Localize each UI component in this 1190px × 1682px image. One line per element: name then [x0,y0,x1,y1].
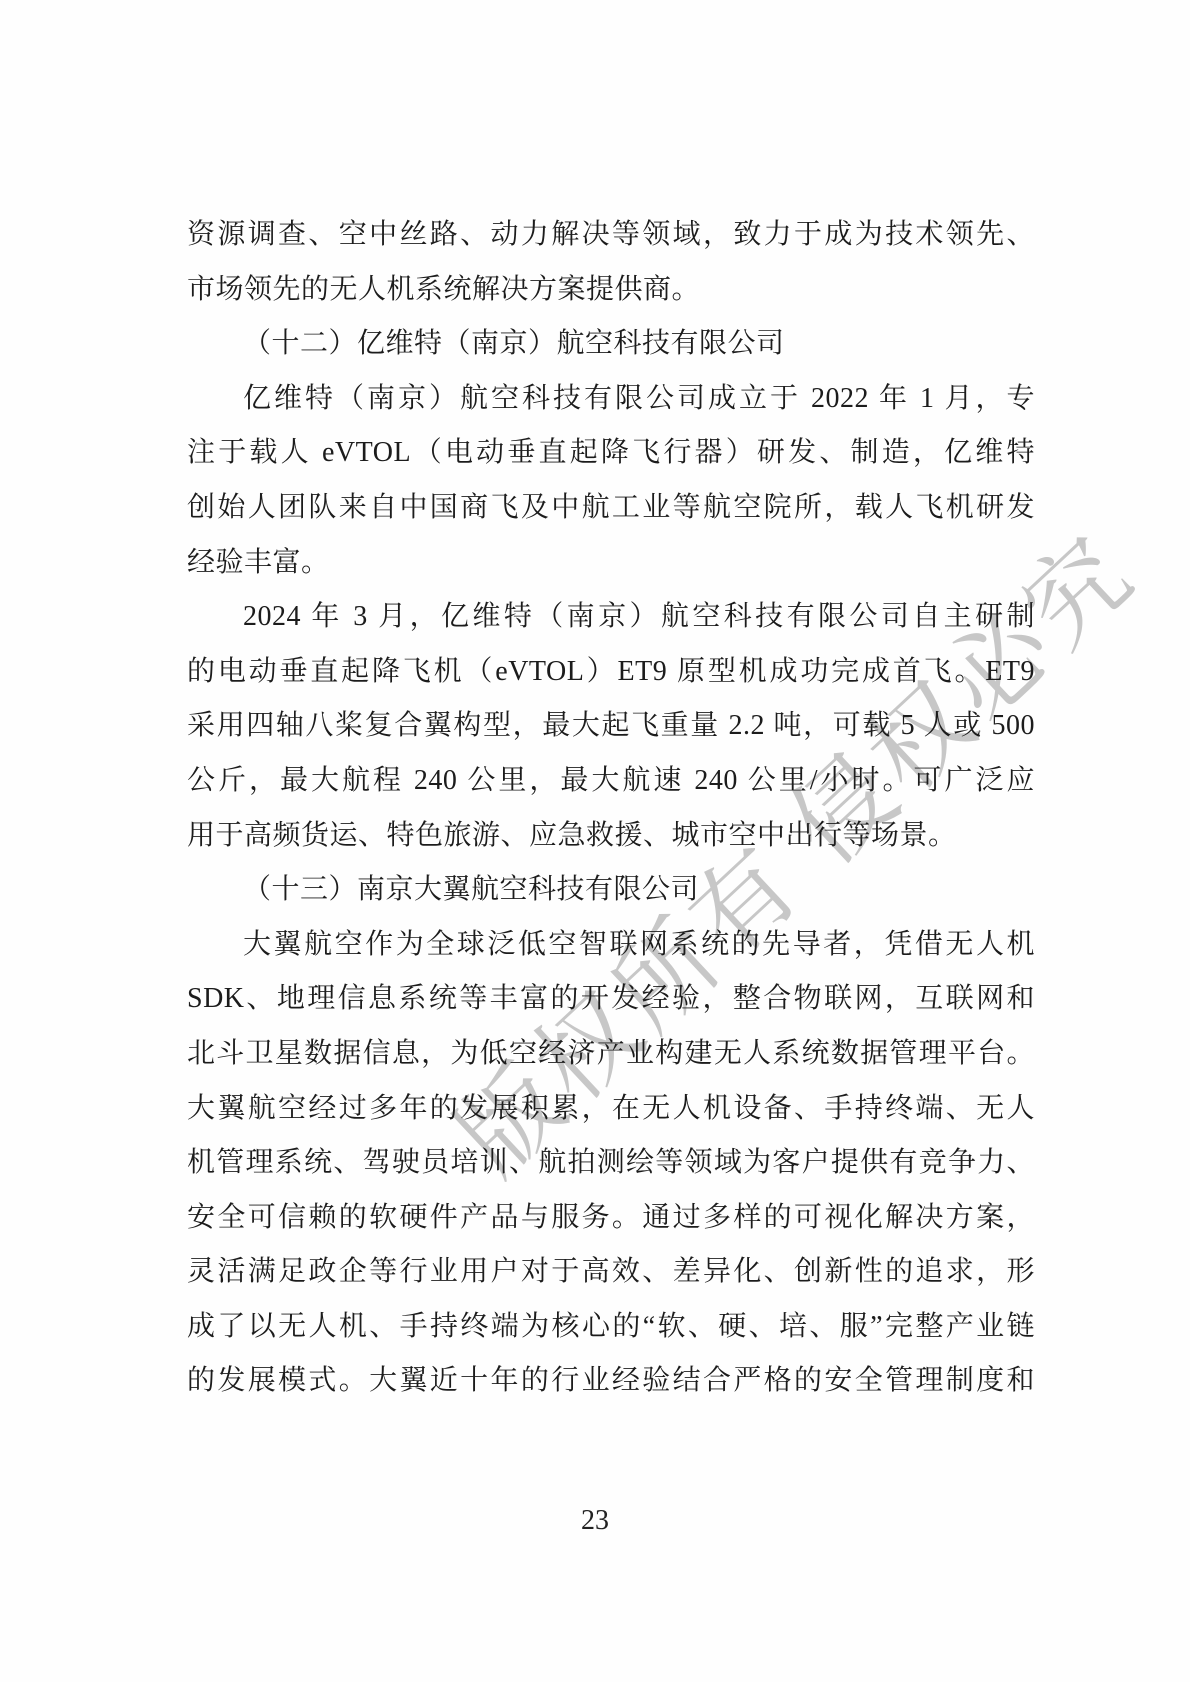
text-line: 创始人团队来自中国商飞及中航工业等航空院所，载人飞机研发 [187,481,1035,536]
text-line: SDK、地理信息系统等丰富的开发经验，整合物联网，互联网和 [187,972,1035,1027]
text-line: （十二）亿维特（南京）航空科技有限公司 [187,317,1035,372]
text-line: （十三）南京大翼航空科技有限公司 [187,863,1035,918]
text-line: 成了以无人机、手持终端为核心的“软、硬、培、服”完整产业链 [187,1300,1035,1355]
text-line: 经验丰富。 [187,536,1035,591]
text-line: 资源调查、空中丝路、动力解决等领域，致力于成为技术领先、 [187,208,1035,263]
text-line: 公斤，最大航程 240 公里，最大航速 240 公里/小时。可广泛应 [187,754,1035,809]
text-line: 市场领先的无人机系统解决方案提供商。 [187,263,1035,318]
text-line: 采用四轴八桨复合翼构型，最大起飞重量 2.2 吨，可载 5 人或 500 [187,699,1035,754]
text-line: 北斗卫星数据信息，为低空经济产业构建无人系统数据管理平台。 [187,1027,1035,1082]
text-line: 灵活满足政企等行业用户对于高效、差异化、创新性的追求，形 [187,1245,1035,1300]
document-page: 版权所有 侵权必究 资源调查、空中丝路、动力解决等领域，致力于成为技术领先、市场… [0,0,1190,1682]
text-line: 的电动垂直起降飞机（eVTOL）ET9 原型机成功完成首飞。ET9 [187,645,1035,700]
text-line: 安全可信赖的软硬件产品与服务。通过多样的可视化解决方案， [187,1191,1035,1246]
text-line: 用于高频货运、特色旅游、应急救援、城市空中出行等场景。 [187,809,1035,864]
text-line: 2024 年 3 月，亿维特（南京）航空科技有限公司自主研制 [187,590,1035,645]
text-line: 注于载人 eVTOL（电动垂直起降飞行器）研发、制造，亿维特 [187,426,1035,481]
text-line: 的发展模式。大翼近十年的行业经验结合严格的安全管理制度和 [187,1354,1035,1409]
text-block: 资源调查、空中丝路、动力解决等领域，致力于成为技术领先、市场领先的无人机系统解决… [187,208,1035,1409]
text-line: 亿维特（南京）航空科技有限公司成立于 2022 年 1 月，专 [187,372,1035,427]
text-line: 大翼航空经过多年的发展积累，在无人机设备、手持终端、无人 [187,1082,1035,1137]
text-line: 大翼航空作为全球泛低空智联网系统的先导者，凭借无人机 [187,918,1035,973]
page-number: 23 [0,1505,1190,1537]
text-line: 机管理系统、驾驶员培训、航拍测绘等领域为客户提供有竞争力、 [187,1136,1035,1191]
